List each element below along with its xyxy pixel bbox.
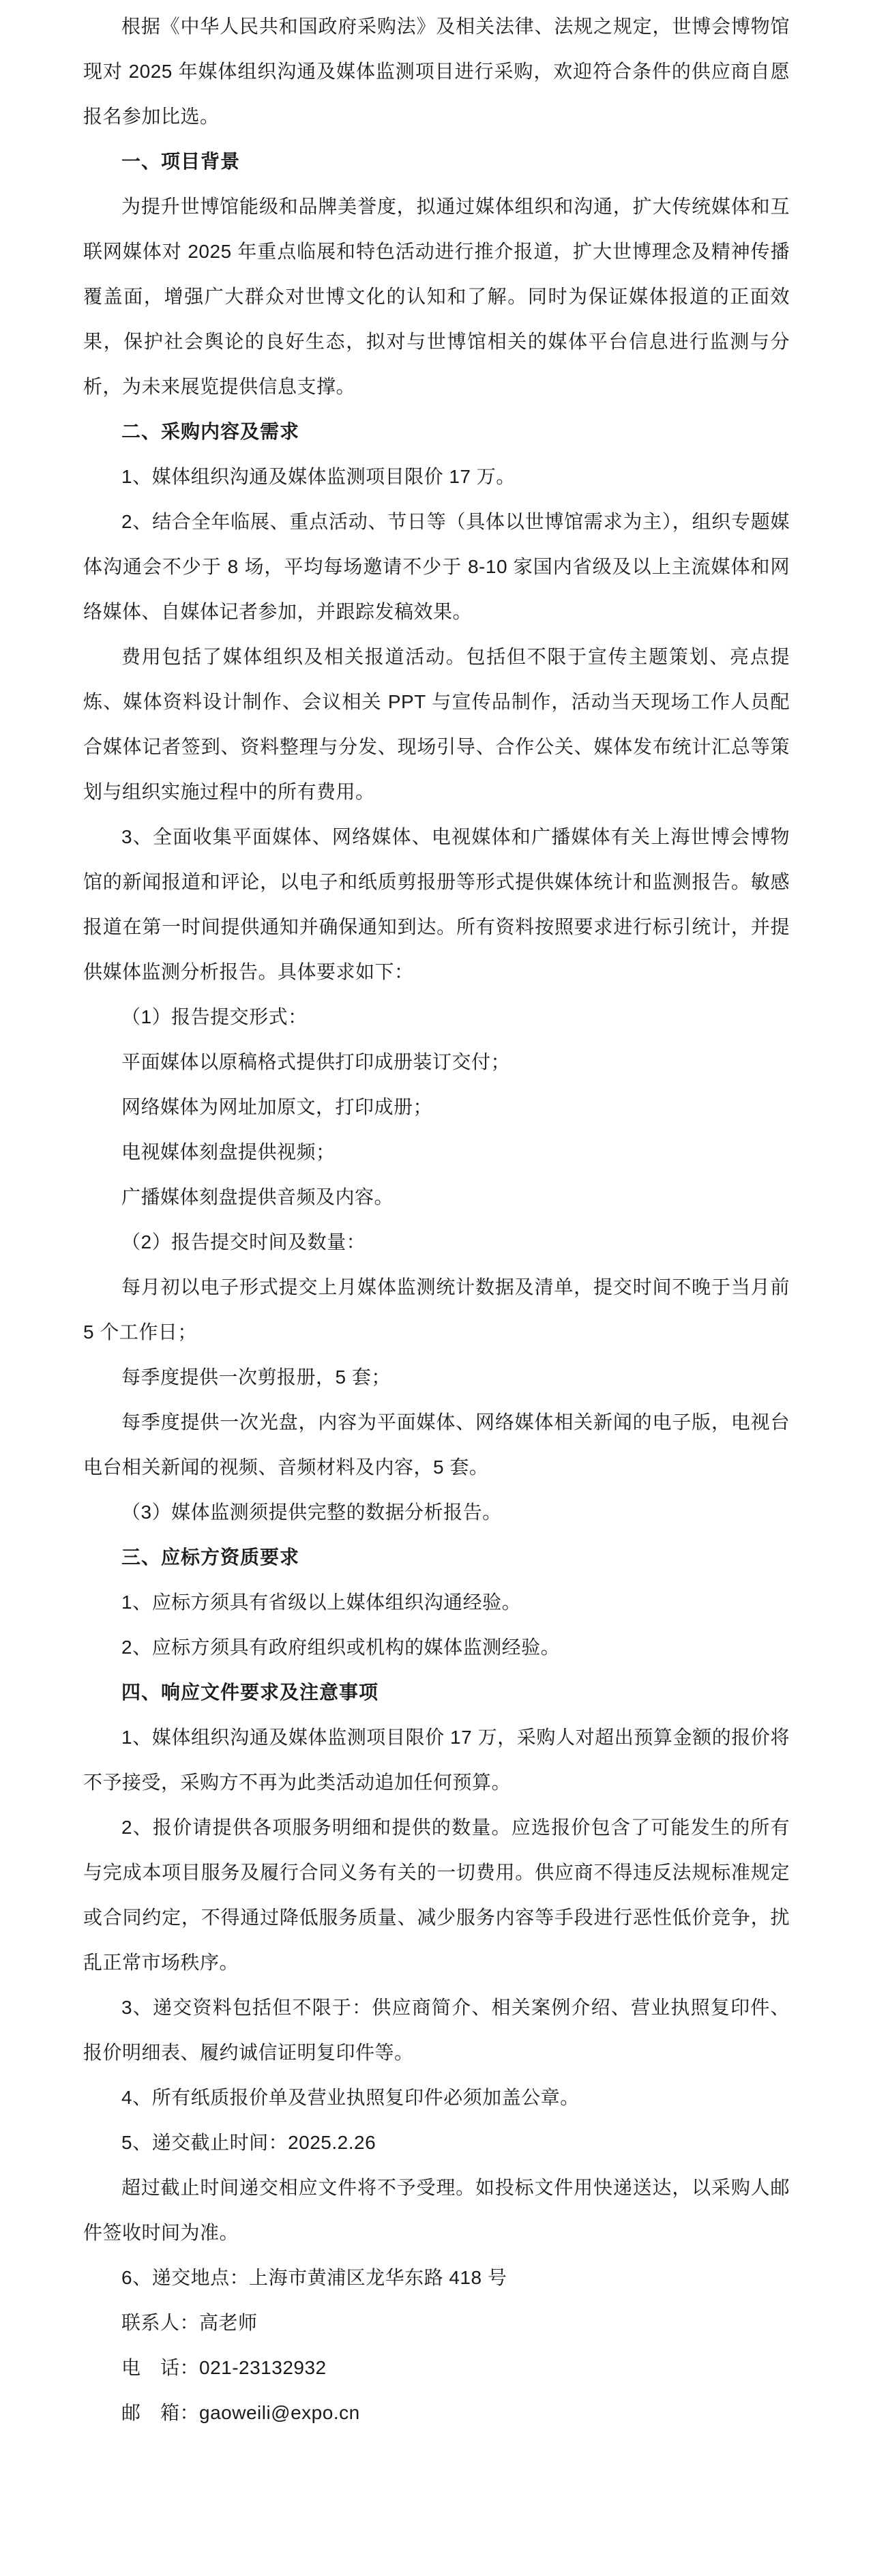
paragraph: 2、结合全年临展、重点活动、节日等（具体以世博馆需求为主），组织专题媒体沟通会不…: [83, 499, 790, 634]
paragraph: 超过截止时间递交相应文件将不予受理。如投标文件用快递送达，以采购人邮件签收时间为…: [83, 2165, 790, 2255]
paragraph: 电 话：021-23132932: [83, 2345, 790, 2390]
paragraph: （3）媒体监测须提供完整的数据分析报告。: [83, 1490, 790, 1535]
section-heading: 二、采购内容及需求: [83, 409, 790, 454]
paragraph: 3、全面收集平面媒体、网络媒体、电视媒体和广播媒体有关上海世博会博物馆的新闻报道…: [83, 815, 790, 995]
paragraph: 5、递交截止时间：2025.2.26: [83, 2120, 790, 2165]
document-body: 根据《中华人民共和国政府采购法》及相关法律、法规之规定，世博会博物馆现对 202…: [0, 0, 873, 2435]
paragraph: 电视媒体刻盘提供视频；: [83, 1130, 790, 1175]
document-page: 根据《中华人民共和国政府采购法》及相关法律、法规之规定，世博会博物馆现对 202…: [0, 0, 873, 2576]
section-heading: 三、应标方资质要求: [83, 1535, 790, 1580]
paragraph: 每季度提供一次剪报册，5 套；: [83, 1355, 790, 1400]
section-heading: 四、响应文件要求及注意事项: [83, 1670, 790, 1715]
paragraph: 1、应标方须具有省级以上媒体组织沟通经验。: [83, 1580, 790, 1625]
paragraph: 2、应标方须具有政府组织或机构的媒体监测经验。: [83, 1625, 790, 1670]
paragraph: 每月初以电子形式提交上月媒体监测统计数据及清单，提交时间不晚于当月前 5 个工作…: [83, 1265, 790, 1355]
paragraph: （2）报告提交时间及数量：: [83, 1220, 790, 1265]
paragraph: （1）报告提交形式：: [83, 995, 790, 1040]
paragraph: 每季度提供一次光盘，内容为平面媒体、网络媒体相关新闻的电子版，电视台电台相关新闻…: [83, 1400, 790, 1490]
paragraph: 邮 箱：gaoweili@expo.cn: [83, 2390, 790, 2435]
paragraph: 广播媒体刻盘提供音频及内容。: [83, 1175, 790, 1220]
paragraph: 为提升世博馆能级和品牌美誉度，拟通过媒体组织和沟通，扩大传统媒体和互联网媒体对 …: [83, 184, 790, 409]
paragraph: 4、所有纸质报价单及营业执照复印件必须加盖公章。: [83, 2075, 790, 2120]
paragraph: 平面媒体以原稿格式提供打印成册装订交付；: [83, 1040, 790, 1085]
paragraph: 1、媒体组织沟通及媒体监测项目限价 17 万，采购人对超出预算金额的报价将不予接…: [83, 1715, 790, 1805]
paragraph: 网络媒体为网址加原文，打印成册；: [83, 1085, 790, 1130]
paragraph: 6、递交地点：上海市黄浦区龙华东路 418 号: [83, 2255, 790, 2300]
paragraph: 3、递交资料包括但不限于：供应商简介、相关案例介绍、营业执照复印件、报价明细表、…: [83, 1985, 790, 2075]
section-heading: 一、项目背景: [83, 139, 790, 184]
paragraph: 费用包括了媒体组织及相关报道活动。包括但不限于宣传主题策划、亮点提炼、媒体资料设…: [83, 634, 790, 815]
paragraph: 1、媒体组织沟通及媒体监测项目限价 17 万。: [83, 454, 790, 499]
paragraph: 联系人：高老师: [83, 2300, 790, 2345]
paragraph: 根据《中华人民共和国政府采购法》及相关法律、法规之规定，世博会博物馆现对 202…: [83, 4, 790, 139]
paragraph: 2、报价请提供各项服务明细和提供的数量。应选报价包含了可能发生的所有与完成本项目…: [83, 1805, 790, 1985]
